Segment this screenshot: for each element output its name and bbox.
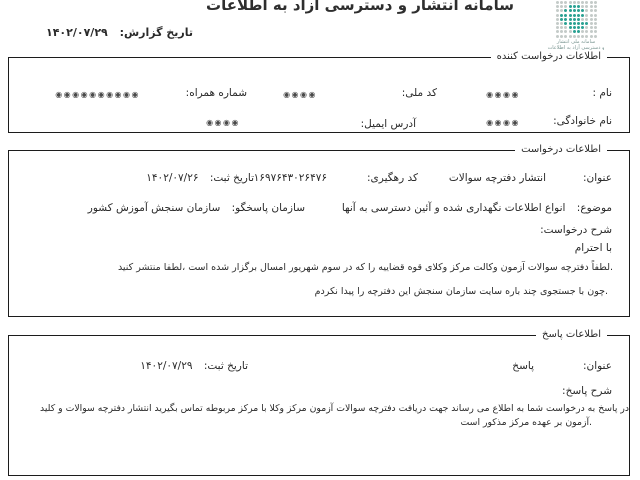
response-date: تاریخ ثبت: ۱۴۰۲/۰۷/۲۹	[140, 359, 248, 373]
response-date-value: ۱۴۰۲/۰۷/۲۹	[140, 360, 192, 372]
response-date-label: تاریخ ثبت:	[204, 360, 248, 372]
national-id-label: کد ملی:	[402, 86, 437, 100]
national-id-value-masked: ◉◉◉◉	[283, 88, 317, 102]
responding-org: سازمان پاسخگو: سازمان سنجش آموزش کشور	[88, 201, 305, 215]
family-name-label: نام خانوادگی:	[553, 114, 612, 128]
responding-org-label: سازمان پاسخگو:	[232, 202, 305, 214]
tracking-code-value: ۱۶۹۷۶۴۳۰۲۶۴۷۶	[254, 171, 327, 185]
request-title-label: عنوان:	[583, 171, 612, 185]
mobile-label: شماره همراه:	[186, 86, 247, 100]
tracking-code-label: کد رهگیری:	[367, 171, 418, 185]
name-label: نام :	[593, 86, 613, 100]
report-date-value: ۱۴۰۲/۰۷/۲۹	[46, 26, 108, 39]
response-desc-label: شرح پاسخ:	[562, 384, 612, 398]
response-desc-line2: .آزمون بر عهده مرکز مذکور است	[461, 416, 592, 430]
family-name-value-masked: ◉◉◉◉	[486, 116, 520, 130]
report-date: تاریخ گزارش: ۱۴۰۲/۰۷/۲۹	[46, 26, 193, 40]
request-subject-value: انواع اطلاعات نگهداری شده و آئین دسترسی …	[342, 202, 566, 214]
request-title-value: انتشار دفترچه سوالات	[449, 171, 546, 185]
request-section-legend: اطلاعات درخواست	[515, 143, 607, 156]
request-desc-line2: .لطفاً دفترچه سوالات آزمون وکالت مرکز وک…	[118, 261, 613, 275]
email-label: آدرس ایمیل:	[361, 117, 416, 131]
response-title-value: پاسخ	[512, 359, 534, 373]
email-value-masked: ◉◉◉◉	[206, 116, 240, 130]
request-date: تاریخ ثبت: ۱۴۰۲/۰۷/۲۶	[146, 171, 254, 185]
page-title: سامانه انتشار و دسترسی آزاد به اطلاعات	[140, 0, 580, 12]
request-subject-label: موضوع:	[577, 202, 612, 214]
request-date-value: ۱۴۰۲/۰۷/۲۶	[146, 172, 198, 184]
response-title-label: عنوان:	[583, 359, 612, 373]
responding-org-value: سازمان سنجش آموزش کشور	[88, 202, 220, 214]
name-value-masked: ◉◉◉◉	[486, 88, 520, 102]
mobile-value-masked: ◉◉◉◉◉◉◉◉◉◉	[55, 88, 140, 102]
requester-section-legend: اطلاعات درخواست کننده	[491, 50, 607, 63]
request-date-label: تاریخ ثبت:	[210, 172, 254, 184]
report-date-label: تاریخ گزارش:	[120, 26, 193, 39]
response-desc-line1: در پاسخ به درخواست شما به اطلاع می رساند…	[40, 402, 629, 416]
response-section-legend: اطلاعات پاسخ	[536, 328, 607, 341]
request-desc-line1: با احترام	[575, 241, 612, 255]
request-subject: موضوع: انواع اطلاعات نگهداری شده و آئین …	[342, 201, 612, 215]
report-page: سامانه انتشار و دسترسی آزاد به اطلاعات س…	[0, 0, 640, 480]
request-desc-label: شرح درخواست:	[540, 223, 612, 237]
request-desc-line3: .چون با جستجوی چند باره سایت سازمان سنجش…	[315, 285, 608, 299]
logo-icon	[556, 1, 597, 38]
